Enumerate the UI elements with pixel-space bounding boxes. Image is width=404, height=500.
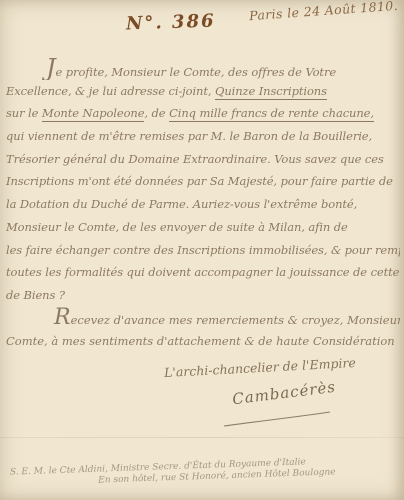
letter-number: N°. 386 <box>126 10 216 34</box>
closing-line: Recevez d'avance mes remerciements & cro… <box>6 307 400 330</box>
signature-flourish <box>222 408 332 430</box>
underlined-phrase: Quinze Inscriptions <box>215 84 327 100</box>
underlined-phrase: Cinq mille francs de rente chacune, <box>169 106 374 122</box>
body-line: Inscriptions m'ont été données par Sa Ma… <box>6 170 400 193</box>
body-line: de Biens ? <box>6 284 400 307</box>
body-line: Monsieur le Comte, de les envoyer de sui… <box>6 216 400 239</box>
body-line: sur le Monte Napoleone, de Cinq mille fr… <box>6 102 400 125</box>
signature: Cambacérès <box>231 378 337 409</box>
underlined-phrase: Monte Napoleone <box>42 106 145 122</box>
manuscript-letter-page: N°. 386 Paris le 24 Août 1810. Je profit… <box>0 0 404 500</box>
signoff-title: L'archi-chancelier de l'Empire <box>164 355 356 380</box>
paper-crease <box>0 437 404 438</box>
body-line: les faire échanger contre des Inscriptio… <box>6 239 400 262</box>
body-line: Trésorier général du Domaine Extraordina… <box>6 148 400 171</box>
body-line: Je profite, Monsieur le Comte, des offre… <box>6 57 400 80</box>
dateline: Paris le 24 Août 1810. <box>249 0 399 23</box>
closing-line: Comte, à mes sentiments d'attachement & … <box>6 330 400 353</box>
body-line: toutes les formalités qui doivent accomp… <box>6 261 400 284</box>
body-text: sur le <box>6 106 42 120</box>
closing-paragraph: Recevez d'avance mes remerciements & cro… <box>6 307 400 352</box>
body-paragraph: Je profite, Monsieur le Comte, des offre… <box>6 57 400 307</box>
body-line: Excellence, & je lui adresse ci-joint, Q… <box>6 80 400 103</box>
body-line: qui viennent de m'être remises par M. le… <box>6 125 400 148</box>
body-text: , de <box>144 106 169 120</box>
body-line: la Dotation du Duché de Parme. Auriez-vo… <box>6 193 400 216</box>
body-text: Excellence, & je lui adresse ci-joint, <box>6 84 215 98</box>
recipient-address: S. E. M. le Cte Aldini, Ministre Secre. … <box>10 456 336 488</box>
